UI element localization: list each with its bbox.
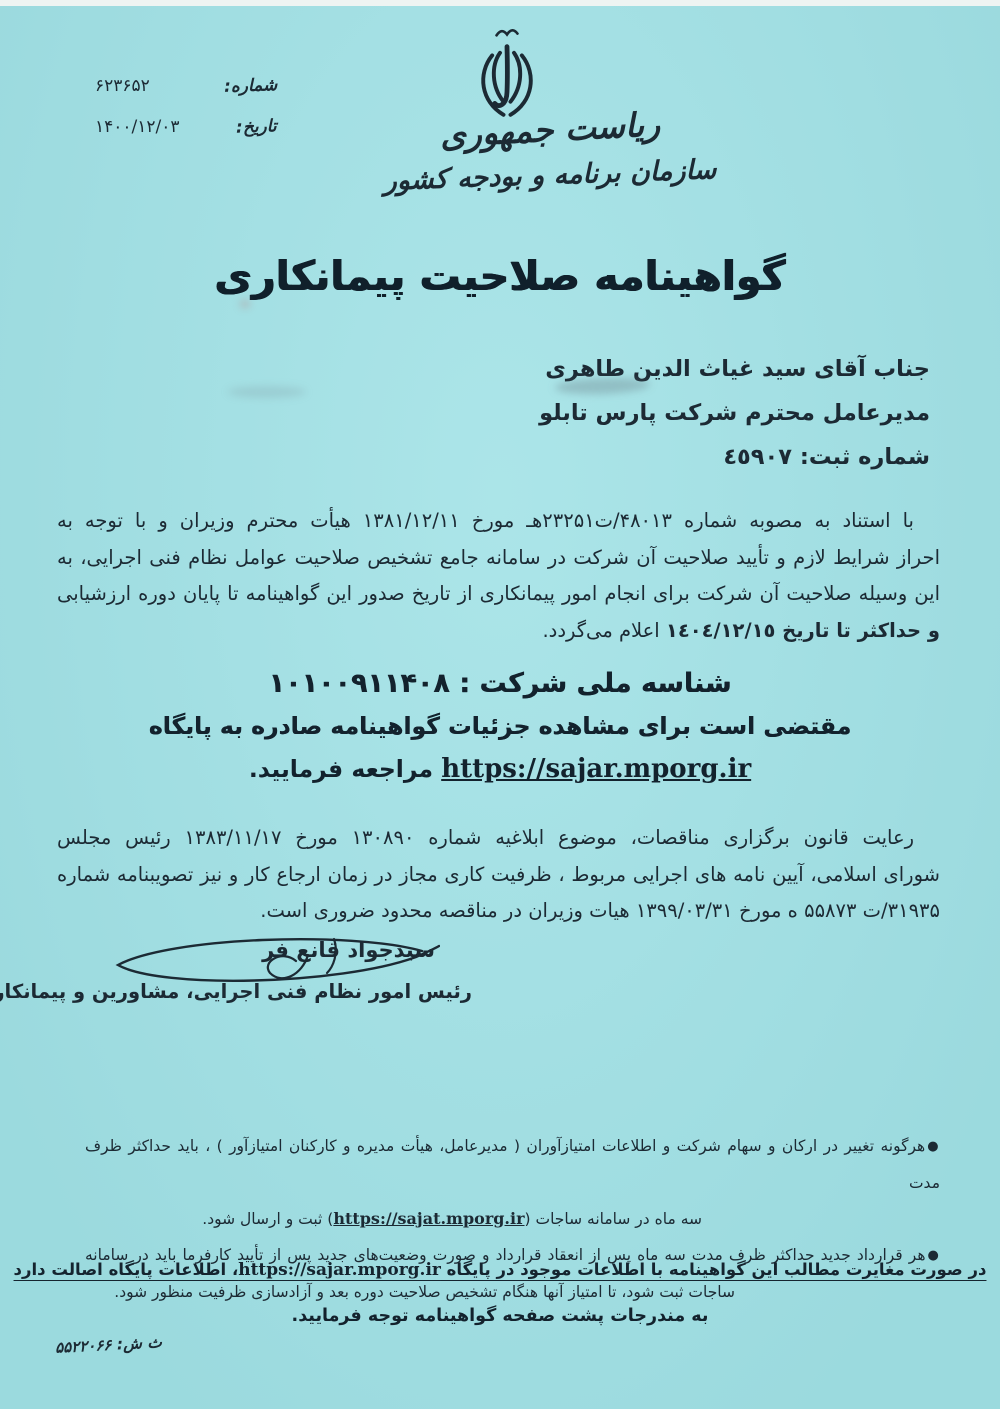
document-number-label: شماره:: [223, 75, 277, 97]
scan-edge: [0, 0, 1000, 6]
serial-label: ث ش:: [116, 1333, 162, 1353]
document-date-row: تاریخ: ۱۴۰۰/۱۲/۰۳: [95, 117, 277, 137]
certificate-page: شماره: ۶۲۳۶۵۲ تاریخ: ۱۴۰۰/۱۲/۰۳ ریاست جم…: [0, 0, 1000, 1409]
body1-line3: این وسیله صلاحیت آن شرکت برای انجام امور…: [57, 576, 940, 613]
sajar-url: https://sajar.mporg.ir: [441, 754, 751, 784]
back-page-note: به مندرجات پشت صفحه گواهینامه توجه فرمای…: [0, 1306, 1000, 1326]
validity-date: و حداکثر تا تاریخ ١٤٠٤/١٢/١٥: [666, 619, 940, 642]
iran-emblem-icon: [462, 24, 552, 120]
recipient-registration-number: شماره ثبت: ٤٥٩٠٧: [539, 435, 930, 479]
sajat-url: https://sajat.mporg.ir: [333, 1209, 524, 1228]
scan-smudge: [240, 300, 250, 308]
document-meta: شماره: ۶۲۳۶۵۲ تاریخ: ۱۴۰۰/۱۲/۰۳: [95, 76, 277, 158]
recipient-role: مدیرعامل محترم شرکت پارس تابلو: [539, 391, 930, 435]
serial-value: ۵۵۲۲۰۶۶: [55, 1336, 112, 1357]
document-date-label: تاریخ:: [236, 116, 277, 137]
bullet-icon: ●: [927, 1139, 940, 1154]
footnote-1-cont-pre: سه ماه در سامانه ساجات (: [525, 1210, 702, 1228]
document-number-row: شماره: ۶۲۳۶۵۲: [95, 76, 277, 96]
scan-smudge: [228, 386, 306, 398]
document-number-value: ۶۲۳۶۵۲: [95, 76, 150, 96]
disclaimer-post: ، اطلاعات پایگاه اصالت دارد: [14, 1260, 239, 1279]
document-date-value: ۱۴۰۰/۱۲/۰۳: [95, 117, 180, 137]
footnote-1-text: هرگونه تغییر در ارکان و سهام شرکت و اطلا…: [85, 1137, 940, 1192]
org-name-line2: سازمان برنامه و بودجه کشور: [330, 152, 771, 198]
disclaimer-line: در صورت مغایرت مطالب این گواهینامه با اط…: [0, 1260, 1000, 1280]
recipient-block: جناب آقای سید غیاث الدین طاهری مدیرعامل …: [539, 347, 930, 479]
body-paragraph-2: رعایت قانون برگزاری مناقصات، موضوع ابلاغ…: [57, 820, 940, 930]
serial-number: ث ش: ۵۵۲۲۰۶۶: [55, 1333, 163, 1357]
body2-line2: شورای اسلامی، آیین نامه های اجرایی مربوط…: [57, 857, 940, 894]
footnote-1-line-2: سه ماه در سامانه ساجات (https://sajat.mp…: [85, 1201, 940, 1237]
signatory-title: رئیس امور نظام فنی اجرایی، مشاورین و پیم…: [112, 980, 472, 1003]
body-paragraph-1: با استناد به مصوبه شماره ۴۸۰۱۳/ت۲۳۲۵۱هـ …: [57, 503, 940, 649]
body1-line4: و حداکثر تا تاریخ ١٤٠٤/١٢/١٥ اعلام می‌گر…: [57, 613, 940, 650]
footnotes: ●هرگونه تغییر در ارکان و سهام شرکت و اطل…: [85, 1128, 940, 1310]
sajar-url-disclaimer: https://sajar.mporg.ir: [238, 1260, 441, 1280]
footnote-1-line-1: ●هرگونه تغییر در ارکان و سهام شرکت و اطل…: [85, 1128, 940, 1201]
visit-suffix: مراجعه فرمایید.: [249, 755, 441, 783]
disclaimer-pre: در صورت مغایرت مطالب این گواهینامه با اط…: [441, 1260, 987, 1279]
national-id-line: شناسه ملی شرکت : ۱۰۱۰۰۹۱۱۴۰۸: [0, 668, 1000, 699]
certificate-title: گواهینامه صلاحیت پیمانکاری: [0, 252, 1000, 300]
body2-line1: رعایت قانون برگزاری مناقصات، موضوع ابلاغ…: [57, 820, 940, 857]
portal-url-line: https://sajar.mporg.ir مراجعه فرمایید.: [0, 754, 1000, 784]
body1-line2: احراز شرایط لازم و تأیید صلاحیت آن شرکت …: [57, 540, 940, 577]
body1-line4-rest: اعلام می‌گردد.: [542, 619, 665, 642]
body1-line1: با استناد به مصوبه شماره ۴۸۰۱۳/ت۲۳۲۵۱هـ …: [57, 503, 940, 540]
footnote-1-cont-post: ) ثبت و ارسال شود.: [202, 1210, 333, 1228]
view-details-line: مقتضی است برای مشاهده جزئیات گواهینامه ص…: [0, 712, 1000, 740]
